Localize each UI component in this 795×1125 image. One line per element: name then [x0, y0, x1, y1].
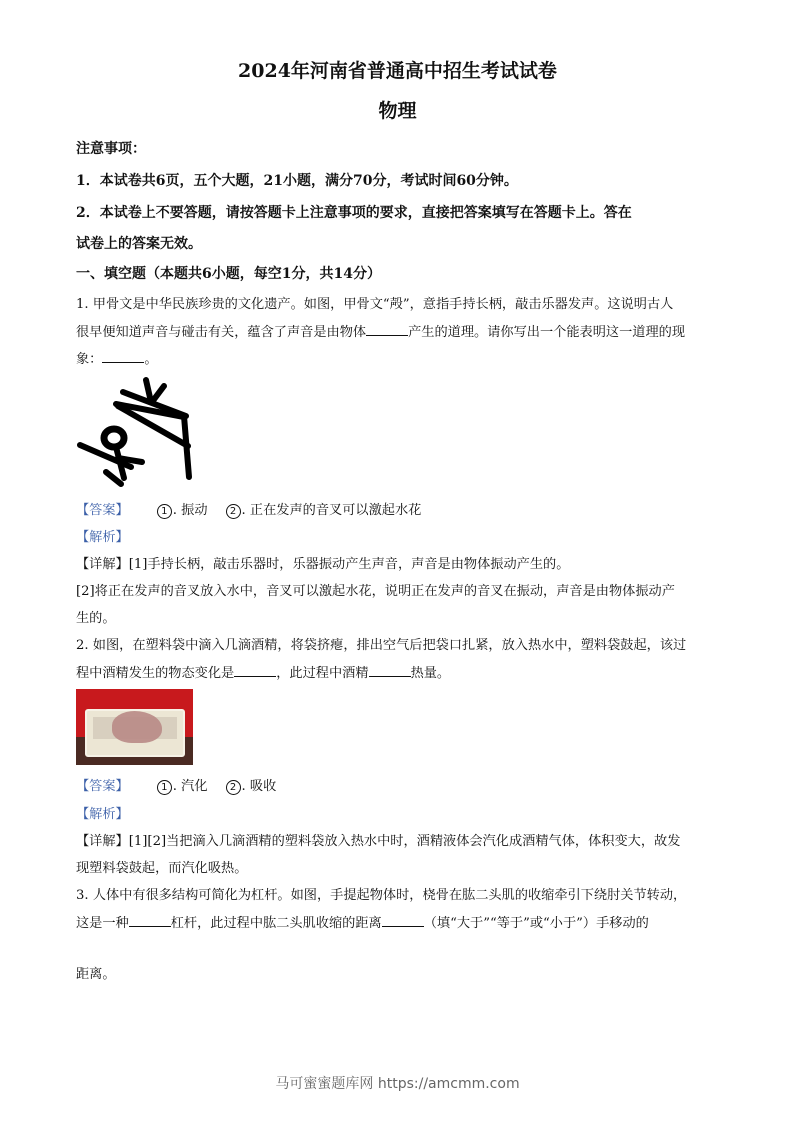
notice-item-2: 2．本试卷上不要答题，请按答题卡上注意事项的要求，直接把答案填写在答题卡上。答在	[76, 202, 721, 222]
detail-text: [1]手持长柄，敲击乐器时，乐器振动产生声音，声音是由物体振动产生的。	[129, 557, 570, 572]
q3-line-1: 3. 人体中有很多结构可简化为杠杆。如图，手提起物体时，桡骨在肱二头肌的收缩牵引…	[76, 884, 721, 903]
answer-label: 【答案】	[76, 779, 129, 794]
q2-detail-2: 现塑料袋鼓起，而汽化吸热。	[76, 857, 721, 876]
q2-text: 程中酒精发生的物态变化是	[76, 666, 234, 681]
q2-text: 热量。	[411, 666, 451, 681]
q1-detail-2: [2]将正在发声的音叉放入水中，音叉可以激起水花，说明正在发声的音叉在振动，声音…	[76, 580, 721, 599]
circled-number: 2	[226, 780, 241, 795]
answer-text: . 汽化	[173, 779, 208, 794]
inflated-bag	[112, 711, 162, 743]
notice-item-1: 1．本试卷共6页，五个大题，21小题，满分70分，考试时间60分钟。	[76, 170, 721, 190]
circled-number: 1	[157, 780, 172, 795]
answer-text: . 正在发声的音叉可以激起水花	[242, 503, 422, 518]
q3-line-2: 这是一种杠杆，此过程中肱二头肌收缩的距离（填“大于”“等于”或“小于”）手移动的	[76, 912, 721, 931]
notice-item-2-cont: 试卷上的答案无效。	[76, 233, 721, 253]
subject-title: 物理	[0, 96, 795, 123]
circled-number: 2	[226, 504, 241, 519]
q1-text: 象：	[76, 352, 102, 367]
answer-text: . 吸收	[242, 779, 277, 794]
answer-blank	[129, 914, 171, 927]
circled-number: 1	[157, 504, 172, 519]
oracle-bone-character-figure	[76, 372, 201, 487]
q3-text: （填“大于”“等于”或“小于”）手移动的	[424, 916, 649, 931]
q3-text: 这是一种	[76, 916, 129, 931]
detail-text: [1][2]当把滴入几滴酒精的塑料袋放入热水中时，酒精液体会汽化成酒精气体，体积…	[129, 834, 681, 849]
exam-title: 2024年河南省普通高中招生考试试卷	[0, 56, 795, 83]
q1-text: 产生的道理。请你写出一个能表明这一道理的现	[408, 325, 685, 340]
q2-line-2: 程中酒精发生的物态变化是，此过程中酒精热量。	[76, 662, 721, 681]
q3-line-3: 距离。	[76, 963, 721, 982]
answer-blank	[102, 350, 144, 363]
q1-line-2: 很早便知道声音与碰击有关，蕴含了声音是由物体产生的道理。请你写出一个能表明这一道…	[76, 321, 721, 340]
q1-line-3: 象：。	[76, 348, 721, 367]
q1-answer-row: 【答案】1. 振动2. 正在发声的音叉可以激起水花	[76, 499, 721, 519]
q2-analysis-label: 【解析】	[76, 803, 721, 822]
detail-label: 【详解】	[76, 557, 129, 572]
answer-blank	[369, 664, 411, 677]
answer-blank	[382, 914, 424, 927]
q2-text: ，此过程中酒精	[276, 666, 368, 681]
answer-label: 【答案】	[76, 503, 129, 518]
q1-text: 。	[144, 352, 157, 367]
q3-text: 杠杆，此过程中肱二头肌收缩的距离	[171, 916, 382, 931]
q1-detail-3: 生的。	[76, 607, 721, 626]
answer-blank	[234, 664, 276, 677]
answer-blank	[366, 323, 408, 336]
q2-line-1: 2. 如图，在塑料袋中滴入几滴酒精，将袋挤瘪，排出空气后把袋口扎紧，放入热水中，…	[76, 634, 721, 653]
plastic-bag-photo	[76, 689, 193, 765]
q1-line-1: 1. 甲骨文是中华民族珍贵的文化遗产。如图，甲骨文“殸”，意指手持长柄，敲击乐器…	[76, 293, 721, 312]
exam-page: 2024年河南省普通高中招生考试试卷 物理 注意事项： 1．本试卷共6页，五个大…	[0, 0, 795, 1125]
q2-answer-row: 【答案】1. 汽化2. 吸收	[76, 775, 721, 795]
q1-text: 很早便知道声音与碰击有关，蕴含了声音是由物体	[76, 325, 366, 340]
section-title: 一、填空题（本题共6小题，每空1分，共14分）	[76, 263, 721, 283]
q1-analysis-label: 【解析】	[76, 526, 721, 545]
detail-label: 【详解】	[76, 834, 129, 849]
q1-detail-1: 【详解】[1]手持长柄，敲击乐器时，乐器振动产生声音，声音是由物体振动产生的。	[76, 553, 721, 572]
answer-text: . 振动	[173, 503, 208, 518]
footer-watermark: 马可蜜蜜题库网 https://amcmm.com	[0, 1073, 795, 1093]
notice-heading: 注意事项：	[76, 138, 721, 158]
q2-detail-1: 【详解】[1][2]当把滴入几滴酒精的塑料袋放入热水中时，酒精液体会汽化成酒精气…	[76, 830, 721, 849]
